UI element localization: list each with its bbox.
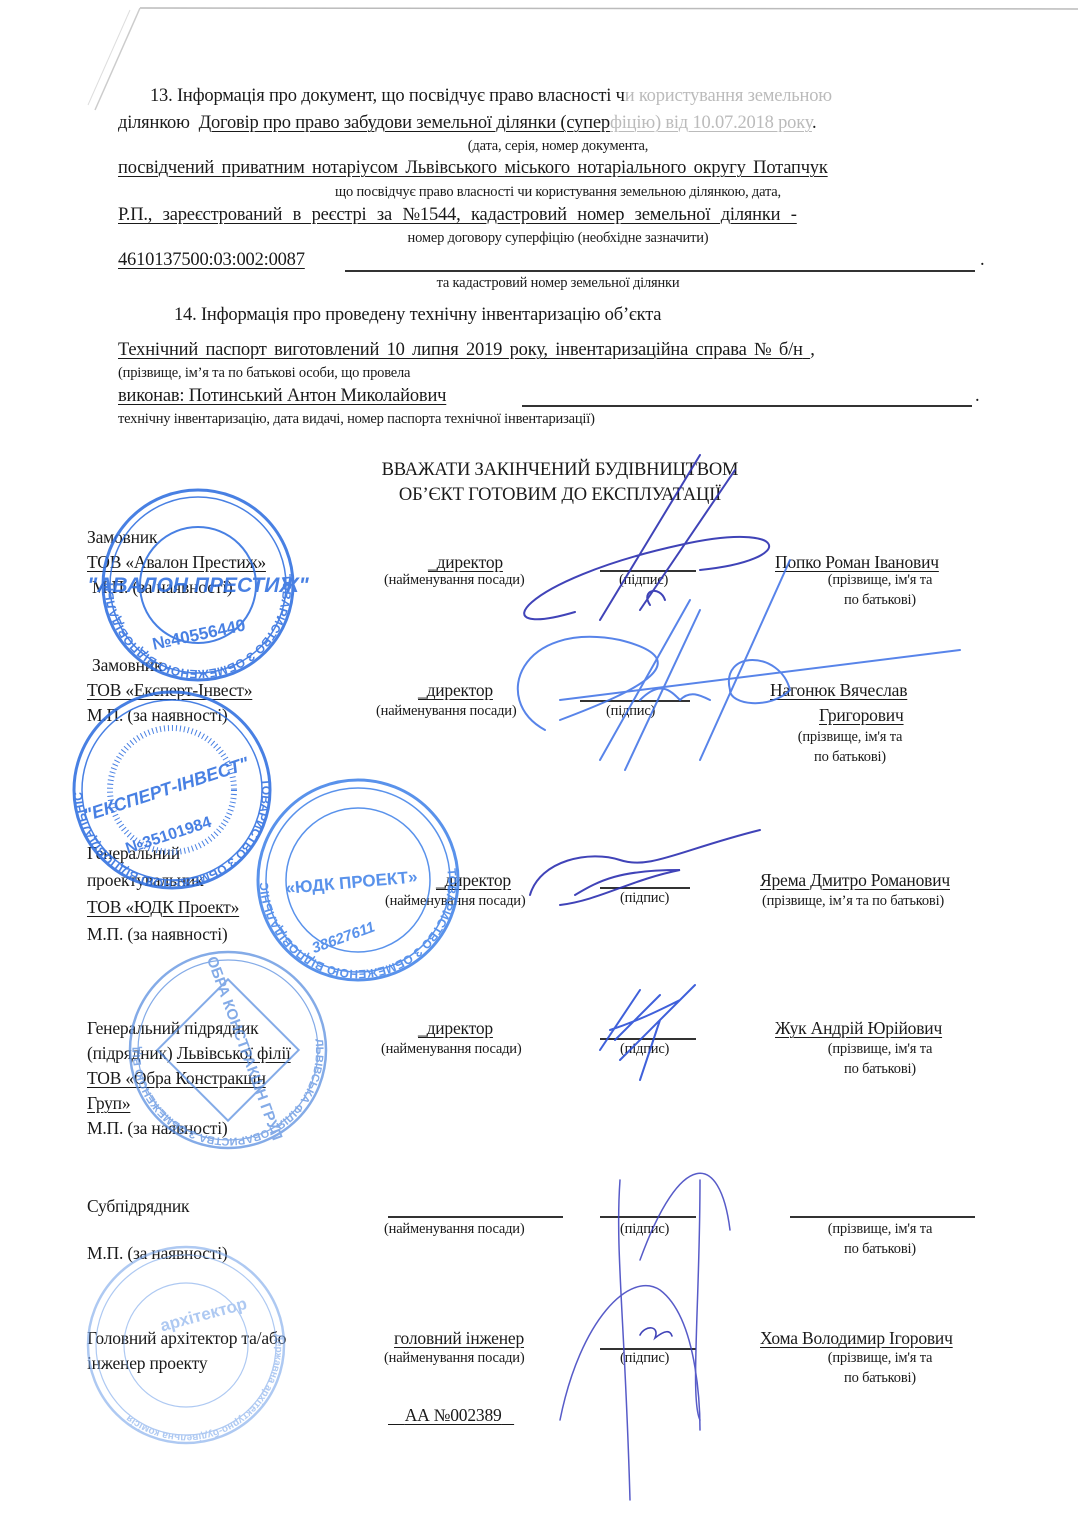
signer-name: Хома Володимир Ігорович: [760, 1328, 953, 1349]
signer-name-line1: Нагонюк Вячеслав: [770, 680, 907, 701]
signature-line: [600, 887, 690, 889]
org: ТОВ «Експерт-Інвест»: [87, 680, 252, 701]
seal-label: М.П. (за наявності): [87, 1243, 228, 1264]
role: Генеральний підрядник: [87, 1018, 258, 1039]
seal-label: М.П. (за наявності): [87, 924, 228, 945]
org-line1: (підрядник) Львівської філії: [87, 1043, 291, 1064]
signature-caption: (підпис): [606, 703, 655, 720]
name-caption: по батькові): [780, 1370, 980, 1387]
position-blank-line: [388, 1216, 563, 1218]
inventory-performer: виконав: Потинський Антон Миколайович: [118, 386, 446, 407]
signature-caption: (підпис): [620, 890, 669, 907]
signer-name: Ярема Дмитро Романович: [760, 870, 950, 891]
signature-line: [580, 700, 690, 702]
caption-inventory-person: (прізвище, ім’я та по батькові особи, що…: [118, 365, 410, 382]
position: _директор: [436, 870, 511, 891]
registry-line: Р.П., зареєстрований в реєстрі за №1544,…: [118, 205, 797, 226]
caption-ownership: що посвідчує право власності чи користув…: [118, 184, 998, 201]
signer-name: Жук Андрій Юрійович: [775, 1018, 942, 1039]
conclusion-line2: ОБ’ЄКТ ГОТОВИМ ДО ЕКСПЛУАТАЦІЇ: [300, 485, 820, 506]
signer-name: Попко Роман Іванович: [775, 552, 939, 573]
name-caption: (прізвище, ім'я та: [780, 1041, 980, 1058]
caption-document-date: (дата, серія, номер документа,: [118, 138, 998, 155]
fill-line: [522, 405, 972, 407]
signer-name-line2: Григорович: [819, 705, 904, 726]
role-line2: інженер проекту: [87, 1353, 207, 1374]
name-caption: (прізвище, ім’я та по батькові): [762, 893, 944, 910]
org: ТОВ «Авалон Престиж»: [87, 552, 266, 573]
svg-text:Державна архітектурно-будівель: Державна архітектурно-будівельна комісія: [124, 1333, 284, 1443]
signature-caption: (підпис): [619, 572, 668, 589]
position: _директор: [418, 1018, 493, 1039]
position-caption: (найменування посади): [384, 1221, 525, 1238]
org: ТОВ «ЮДК Проект»: [87, 897, 239, 918]
name-caption: по батькові): [750, 749, 950, 766]
org-line3: Груп»: [87, 1093, 130, 1114]
position: _директор: [428, 552, 503, 573]
conclusion-line1: ВВАЖАТИ ЗАКІНЧЕНИЙ БУДІВНИЦТВОМ: [300, 460, 820, 481]
signature-khoma: [640, 1328, 672, 1338]
line-end: .: [975, 386, 979, 407]
name-blank-line: [790, 1216, 975, 1218]
position-caption: (найменування посади): [384, 572, 525, 589]
signature-caption: (підпис): [620, 1221, 669, 1238]
notary-line: посвідчений приватним нотаріусом Львівсь…: [118, 158, 828, 179]
position-caption: (найменування посади): [376, 703, 517, 720]
role-line1: Головний архітектор та/або: [87, 1328, 286, 1349]
caption-superficies: номер договору суперфіцію (необхідне заз…: [118, 230, 998, 247]
section13-heading: 13. Інформація про документ, що посвідчу…: [150, 86, 832, 107]
name-caption: (прізвище, ім'я та: [780, 1350, 980, 1367]
name-caption: (прізвище, ім'я та: [750, 729, 950, 746]
name-caption: (прізвище, ім'я та: [780, 1221, 980, 1238]
role: Замовник: [87, 527, 157, 548]
position-caption: (найменування посади): [384, 1350, 525, 1367]
tech-passport-line: Технічний паспорт виготовлений 10 липня …: [118, 340, 815, 361]
seal-label: М.П. (за наявності): [92, 577, 233, 598]
role-line1: Генеральний: [87, 843, 180, 864]
caption-cadastral: та кадастровий номер земельної ділянки: [118, 275, 998, 292]
position-caption: (найменування посади): [381, 1041, 522, 1058]
fill-line: [345, 270, 975, 272]
name-caption: по батькові): [780, 1061, 980, 1078]
seal-label: М.П. (за наявності): [87, 1118, 228, 1139]
signature-zhuk: [600, 985, 695, 1080]
position-caption: (найменування посади): [385, 893, 526, 910]
position: головний інженер: [394, 1328, 524, 1349]
position: _директор: [418, 680, 493, 701]
seal-label: М.П. (за наявності): [87, 705, 228, 726]
name-caption: (прізвище, ім'я та: [780, 572, 980, 589]
svg-text:38627611: 38627611: [310, 919, 377, 957]
signature-caption: (підпис): [620, 1350, 669, 1367]
svg-text:№40556440: №40556440: [151, 615, 247, 653]
org-line2: ТОВ «Обра Констракшн: [87, 1068, 266, 1089]
signature-line: [600, 1038, 696, 1040]
svg-text:"ЕКСПЕРТ-ІНВЕСТ": "ЕКСПЕРТ-ІНВЕСТ": [81, 753, 252, 825]
section14-heading: 14. Інформація про проведену технічну ін…: [174, 305, 661, 326]
certificate-number: АА №002389: [388, 1405, 514, 1426]
name-caption: по батькові): [780, 1241, 980, 1258]
role: Субпідрядник: [87, 1196, 189, 1217]
document-name-value: Договір про право забудови земельної діл…: [199, 113, 610, 133]
name-caption: по батькові): [780, 592, 980, 609]
cadastral-number: 4610137500:03:002:0087: [118, 250, 305, 271]
line-end: .: [980, 250, 984, 271]
caption-inventory-details: технічну інвентаризацію, дата видачі, но…: [118, 411, 595, 428]
signature-caption: (підпис): [620, 1041, 669, 1058]
role: Замовник: [92, 655, 162, 676]
role-line2: проектувальник: [87, 870, 203, 891]
signature-line: [600, 1216, 696, 1218]
section13-document-line: ділянкою Договір про право забудови земе…: [118, 113, 816, 134]
